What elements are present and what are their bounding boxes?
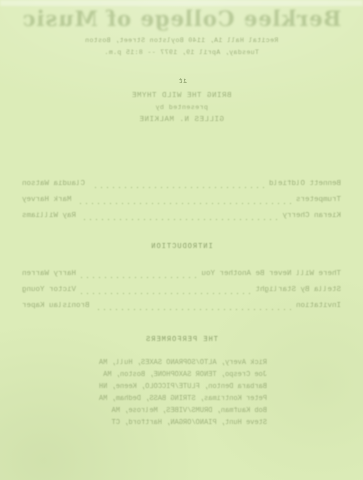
date-time-line: Tuesday, April 19, 1977 -- 8:15 p.m. <box>0 49 363 56</box>
cast-row: Kieran Cherry Ray Williams <box>22 210 341 220</box>
page-title: Berklee College of Music <box>0 6 363 31</box>
cast-left: Bennett Oldfield <box>269 180 341 188</box>
performer-line: Peter Kontrimas, STRING BASS, Dedham, MA <box>77 393 267 405</box>
song-title: Stella By Starlight <box>255 286 341 294</box>
presenter-name: GILLES N. MALKINE <box>0 116 363 124</box>
dot-leader <box>81 215 277 220</box>
address-line: Recital Hall 1A, 1140 Boylston Street, B… <box>0 37 363 44</box>
song-row: Stella By Starlight Victor Young <box>22 284 341 294</box>
performer-line: Bob Kaufman, DRUMS/VIBES, Melrose, MA <box>77 405 267 417</box>
performer-line: Barbara Denton, FLUTE/PICCOLO, Keene, NH <box>77 381 267 393</box>
section-heading-introduction: INTRODUCTION <box>0 243 363 251</box>
song-title: There Will Never Be Another You <box>201 270 341 278</box>
cast-row: Trumpeters Mark Harvey <box>22 194 341 204</box>
performer-line: Joe Crespo, TENOR SAXOPHONE, Boston, MA <box>77 369 267 381</box>
cast-right: Ray Williams <box>22 212 76 220</box>
mirrored-showthrough-layer: Berklee College of Music Recital Hall 1A… <box>0 0 363 480</box>
song-row: Invitation Bronislau Kaper <box>22 300 341 310</box>
cast-left: Kieran Cherry <box>282 212 341 220</box>
song-composer: Victor Young <box>22 286 76 294</box>
cast-left: Trumpeters <box>296 196 341 204</box>
dot-leader <box>81 273 196 278</box>
cast-right: Claudia Watson <box>22 180 85 188</box>
song-composer: Harry Warren <box>22 270 76 278</box>
dot-leader <box>90 183 264 188</box>
dot-leader <box>77 199 291 204</box>
dot-leader <box>81 289 250 294</box>
pen-mark: it <box>179 78 187 86</box>
cast-row: Bennett Oldfield Claudia Watson <box>22 178 341 188</box>
presented-by-label: presented by <box>0 104 363 111</box>
scanned-program-page: Berklee College of Music Recital Hall 1A… <box>0 0 363 480</box>
song-composer: Bronislau Kaper <box>22 302 90 310</box>
show-title: BRING THE WILD THYME <box>0 92 363 100</box>
song-title: Invitation <box>296 302 341 310</box>
section-heading-performers: THE PERFORMERS <box>0 336 363 344</box>
performers-block: Rick Avery, ALTO/SOPRANO SAXES, Hull, MA… <box>77 357 267 429</box>
dot-leader <box>95 305 291 310</box>
song-row: There Will Never Be Another You Harry Wa… <box>22 268 341 278</box>
performer-line: Steve Hunt, PIANO/ORGAN, Hartford, CT <box>77 417 267 429</box>
cast-right: Mark Harvey <box>22 196 72 204</box>
performer-line: Rick Avery, ALTO/SOPRANO SAXES, Hull, MA <box>77 357 267 369</box>
